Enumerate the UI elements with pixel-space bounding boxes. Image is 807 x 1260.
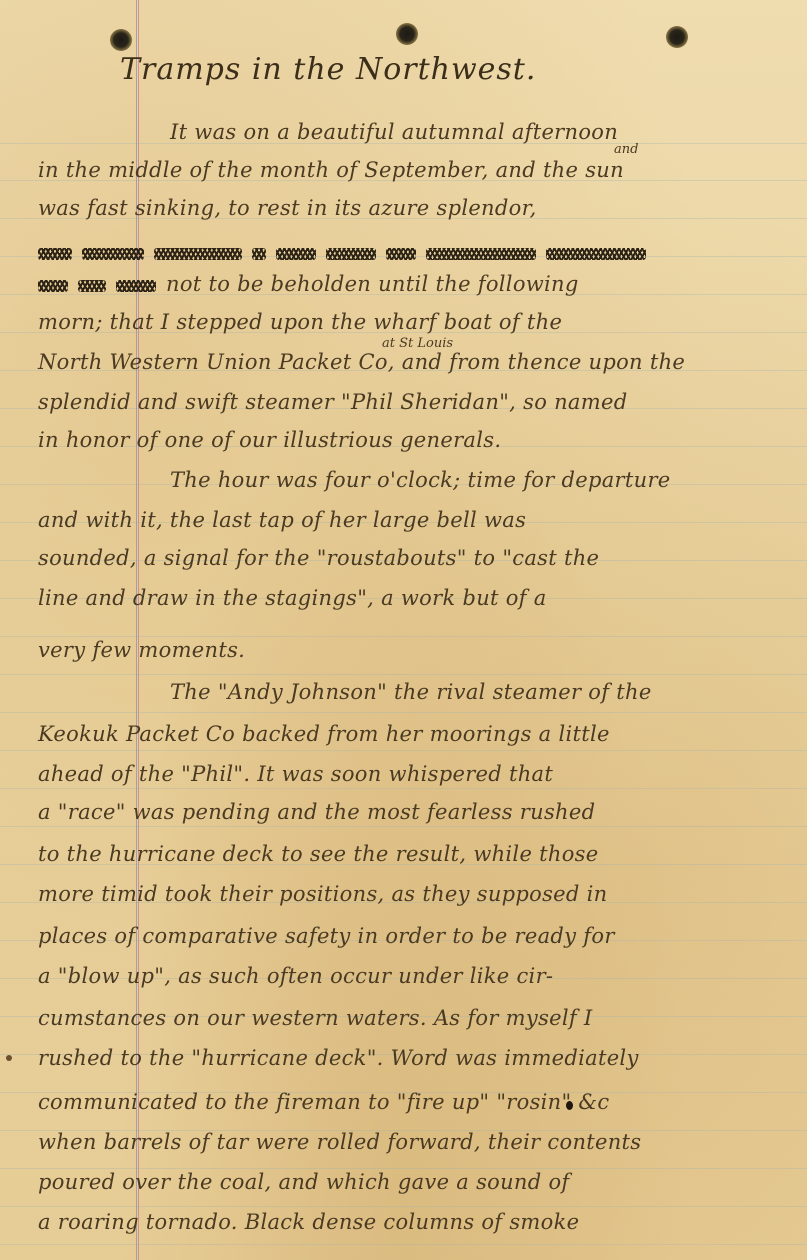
text-line: a "race" was pending and the most fearle… [38, 800, 595, 824]
scribble [154, 248, 242, 260]
text-line: in the middle of the month of September,… [38, 158, 624, 182]
ruled-line [0, 826, 807, 827]
margin-line-red [138, 0, 139, 1260]
text-fragment: not to be beholden until the following [166, 272, 579, 296]
scribble [82, 248, 144, 260]
ink-blot [6, 1055, 12, 1061]
text-line: Keokuk Packet Co backed from her mooring… [38, 722, 610, 746]
ruled-line [0, 674, 807, 675]
ruled-line [0, 1206, 807, 1207]
ruled-line [0, 636, 807, 637]
insertion-and: and [614, 142, 638, 157]
text-line: in honor of one of our illustrious gener… [38, 428, 501, 452]
text-line: a roaring tornado. Black dense columns o… [38, 1210, 579, 1234]
scribble [38, 248, 72, 260]
text-line: when barrels of tar were rolled forward,… [38, 1130, 641, 1154]
margin-line-blue [136, 0, 137, 1260]
binder-hole-right [666, 26, 688, 48]
text-line: morn; that I stepped upon the wharf boat… [38, 310, 562, 334]
text-line: a "blow up", as such often occur under l… [38, 964, 553, 988]
binder-hole-left [110, 29, 132, 51]
ruled-line [0, 1244, 807, 1245]
scribble [38, 280, 68, 292]
text-line: sounded, a signal for the "roustabouts" … [38, 546, 599, 570]
scribble [546, 248, 646, 260]
text-line: was fast sinking, to rest in its azure s… [38, 196, 537, 220]
scribble [78, 280, 106, 292]
manuscript-page: Tramps in the Northwest. It was on a bea… [0, 0, 807, 1260]
text-line: ahead of the "Phil". It was soon whisper… [38, 762, 553, 786]
scribble [426, 248, 536, 260]
text-line: communicated to the fireman to "fire up"… [38, 1090, 609, 1114]
text-line: very few moments. [38, 638, 245, 662]
text-line: rushed to the "hurricane deck". Word was… [38, 1046, 639, 1070]
scribble [326, 248, 376, 260]
text-line: It was on a beautiful autumnal afternoon [170, 120, 618, 144]
text-line: poured over the coal, and which gave a s… [38, 1170, 569, 1194]
text-line: North Western Union Packet Co, and from … [38, 350, 685, 374]
ruled-line [0, 1168, 807, 1169]
scribble [276, 248, 316, 260]
ruled-line [0, 750, 807, 751]
text-line: splendid and swift steamer "Phil Sherida… [38, 390, 627, 414]
text-line: to the hurricane deck to see the result,… [38, 842, 598, 866]
page-title: Tramps in the Northwest. [120, 52, 536, 87]
insertion-at-st-louis: at St Louis [382, 336, 453, 351]
text-line: line and draw in the stagings", a work b… [38, 586, 547, 610]
scribble [386, 248, 416, 260]
scribble [252, 248, 266, 260]
text-line: places of comparative safety in order to… [38, 924, 615, 948]
ruled-line [0, 788, 807, 789]
text-line: cumstances on our western waters. As for… [38, 1006, 593, 1030]
ink-blot [566, 1101, 573, 1110]
crossed-out-line [38, 240, 656, 264]
text-line: more timid took their positions, as they… [38, 882, 607, 906]
ruled-line [0, 712, 807, 713]
text-line: The hour was four o'clock; time for depa… [170, 468, 671, 492]
text-line: The "Andy Johnson" the rival steamer of … [170, 680, 652, 704]
binder-hole-center [396, 23, 418, 45]
text-line-with-scribble: not to be beholden until the following [38, 272, 579, 296]
text-line: and with it, the last tap of her large b… [38, 508, 526, 532]
scribble [116, 280, 156, 292]
